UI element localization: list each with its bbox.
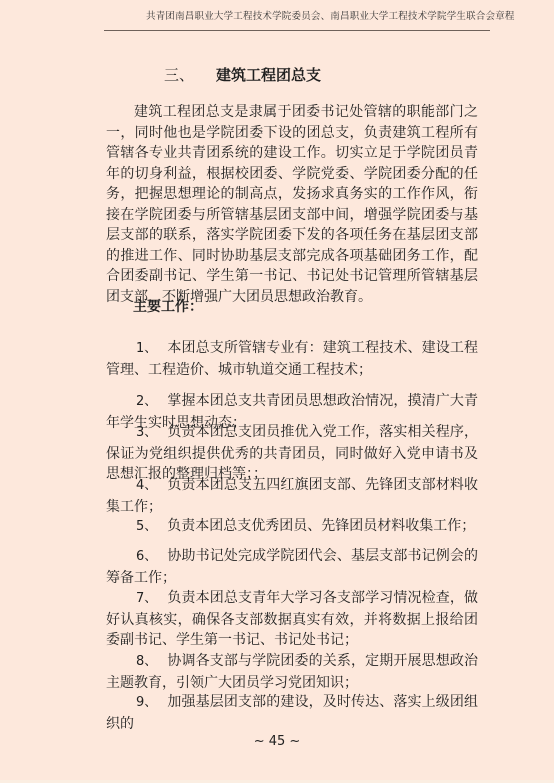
item-number: 5、 — [136, 517, 157, 538]
work-item-8: 8、协调各支部与学院团委的关系，定期开展思想政治主题教育，引领广大团员学习党团知… — [106, 651, 478, 693]
item-number: 7、 — [136, 589, 157, 610]
item-number: 6、 — [136, 547, 157, 568]
section-title: 三、建筑工程团总支 — [164, 64, 321, 85]
section-number: 三、 — [164, 66, 194, 84]
work-item-6: 6、协助书记处完成学院团代会、基层支部书记例会的筹备工作； — [106, 546, 478, 588]
item-text: 负责本团总支团员推优入党工作，落实相关程序，保证为党组织提供优秀的共青团员，同时… — [106, 424, 478, 482]
running-header: 共青团南昌职业大学工程技术学院委员会、南昌职业大学工程技术学院学生联合会章程 — [146, 8, 515, 22]
document-page: 共青团南昌职业大学工程技术学院委员会、南昌职业大学工程技术学院学生联合会章程 三… — [0, 0, 554, 783]
item-number: 3、 — [136, 423, 157, 444]
item-number: 4、 — [136, 476, 157, 497]
item-text: 本团总支所管辖专业有：建筑工程技术、建设工程管理、工程造价、城市轨道交通工程技术… — [106, 340, 478, 378]
item-number: 8、 — [136, 652, 157, 673]
item-text: 加强基层团支部的建设，及时传达、落实上级团组织的 — [106, 694, 478, 732]
item-text: 负责本团总支五四红旗团支部、先锋团支部材料收集工作； — [106, 477, 478, 515]
work-item-4: 4、负责本团总支五四红旗团支部、先锋团支部材料收集工作； — [106, 475, 478, 517]
section-title-text: 建筑工程团总支 — [216, 66, 321, 84]
item-text: 协调各支部与学院团委的关系，定期开展思想政治主题教育，引领广大团员学习党团知识； — [106, 653, 478, 691]
item-text: 负责本团总支优秀团员、先锋团员材料收集工作； — [167, 518, 475, 534]
item-text: 协助书记处完成学院团代会、基层支部书记例会的筹备工作； — [106, 548, 478, 586]
item-number: 2、 — [136, 392, 157, 413]
work-item-9: 9、加强基层团支部的建设，及时传达、落实上级团组织的 — [106, 692, 478, 734]
work-item-1: 1、本团总支所管辖专业有：建筑工程技术、建设工程管理、工程造价、城市轨道交通工程… — [106, 338, 478, 380]
item-number: 9、 — [136, 693, 157, 714]
header-divider — [104, 30, 490, 31]
page-number: ~ 45 ~ — [0, 734, 554, 749]
item-text: 负责本团总支青年大学习各支部学习情况检查，做好认真核实，确保各支部数据真实有效，… — [106, 590, 478, 648]
main-work-heading: 主要工作： — [133, 296, 203, 316]
work-item-5: 5、负责本团总支优秀团员、先锋团员材料收集工作； — [106, 516, 478, 538]
intro-paragraph: 建筑工程团总支是隶属于团委书记处管辖的职能部门之一，同时他也是学院团委下设的团总… — [106, 102, 478, 307]
item-number: 1、 — [136, 339, 157, 360]
work-item-7: 7、负责本团总支青年大学习各支部学习情况检查，做好认真核实，确保各支部数据真实有… — [106, 588, 478, 651]
